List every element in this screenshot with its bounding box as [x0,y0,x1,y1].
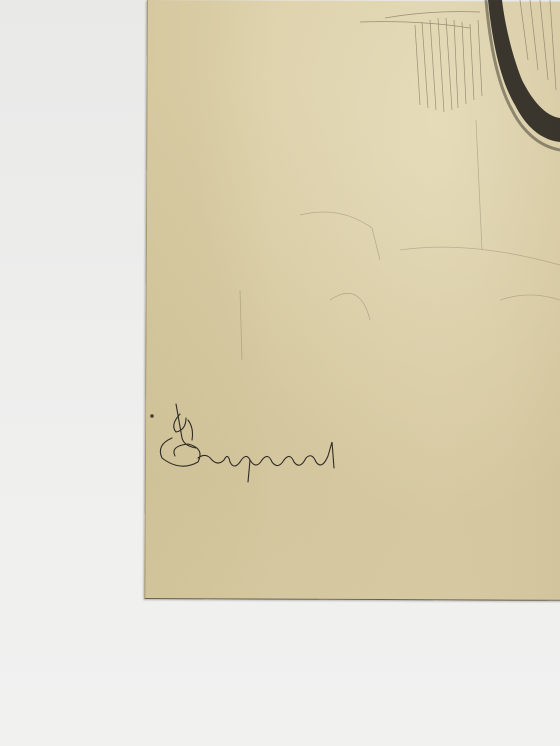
construction-lines [240,120,560,360]
drawing-strokes [0,0,560,746]
artist-signature [160,404,334,482]
paper-spot [150,414,154,418]
